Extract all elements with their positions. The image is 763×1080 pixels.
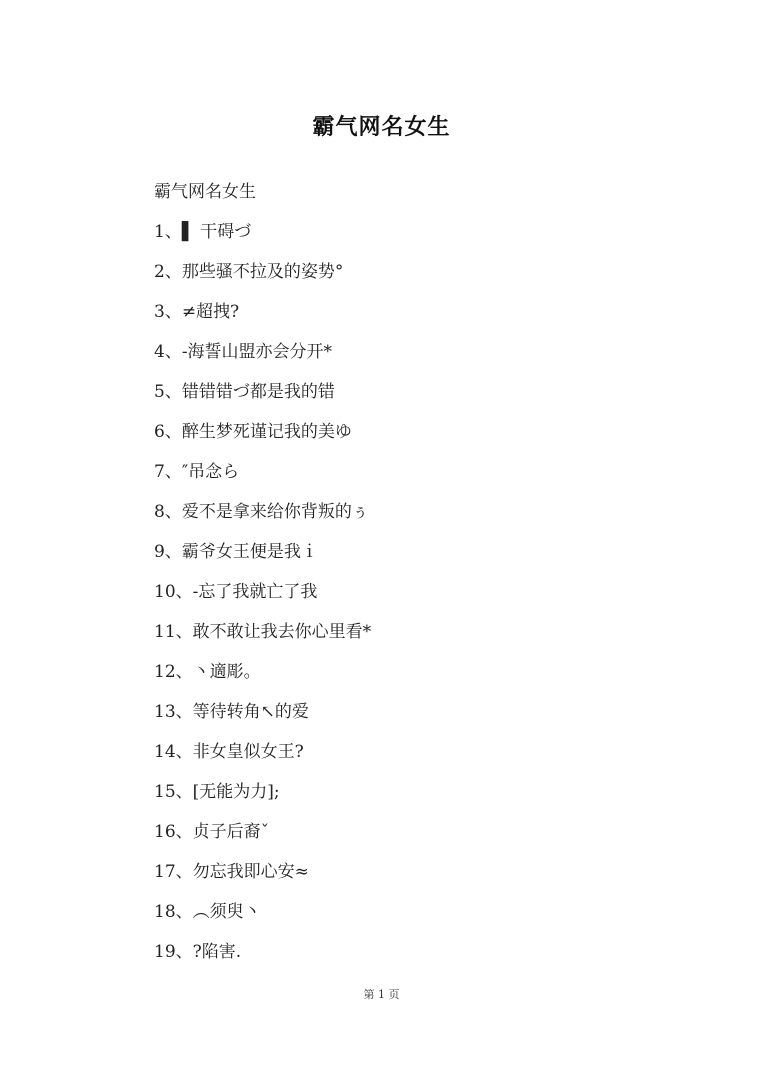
list-item: 16、贞子后裔ˇ: [154, 812, 634, 852]
list-item: 6、醉生梦死谨记我的美ゆ: [154, 412, 634, 452]
list-item: 14、非女皇似女王?: [154, 732, 634, 772]
list-item: 17、勿忘我即心安≈: [154, 852, 634, 892]
list-item: 3、≠超拽?: [154, 292, 634, 332]
document-subtitle: 霸气网名女生: [154, 172, 634, 212]
list-item: 10、-忘了我就亡了我: [154, 572, 634, 612]
page-number: 第 1 页: [0, 987, 763, 1003]
document-body: 霸气网名女生 1、▌ 干碍づ 2、那些骚不拉及的姿势° 3、≠超拽? 4、-海誓…: [154, 172, 634, 972]
list-item: 1、▌ 干碍づ: [154, 212, 634, 252]
document-page: 霸气网名女生 霸气网名女生 1、▌ 干碍づ 2、那些骚不拉及的姿势° 3、≠超拽…: [0, 0, 763, 1080]
list-item: 4、-海誓山盟亦会分开*: [154, 332, 634, 372]
list-item: 11、敢不敢让我去你心里看*: [154, 612, 634, 652]
list-item: 19、?陷害.: [154, 932, 634, 972]
list-item: 13、等待转角↖的爱: [154, 692, 634, 732]
list-item: 9、霸爷女王便是我ｉ: [154, 532, 634, 572]
list-item: 8、爱不是拿来给你背叛的ぅ: [154, 492, 634, 532]
list-item: 7、″吊念ら: [154, 452, 634, 492]
list-item: 15、[无能为力];: [154, 772, 634, 812]
document-title: 霸气网名女生: [0, 113, 763, 143]
list-item: 5、错错错づ都是我的错: [154, 372, 634, 412]
list-item: 12、丶適彫。: [154, 652, 634, 692]
list-item: 18、︵须臾丶: [154, 892, 634, 932]
list-item: 2、那些骚不拉及的姿势°: [154, 252, 634, 292]
